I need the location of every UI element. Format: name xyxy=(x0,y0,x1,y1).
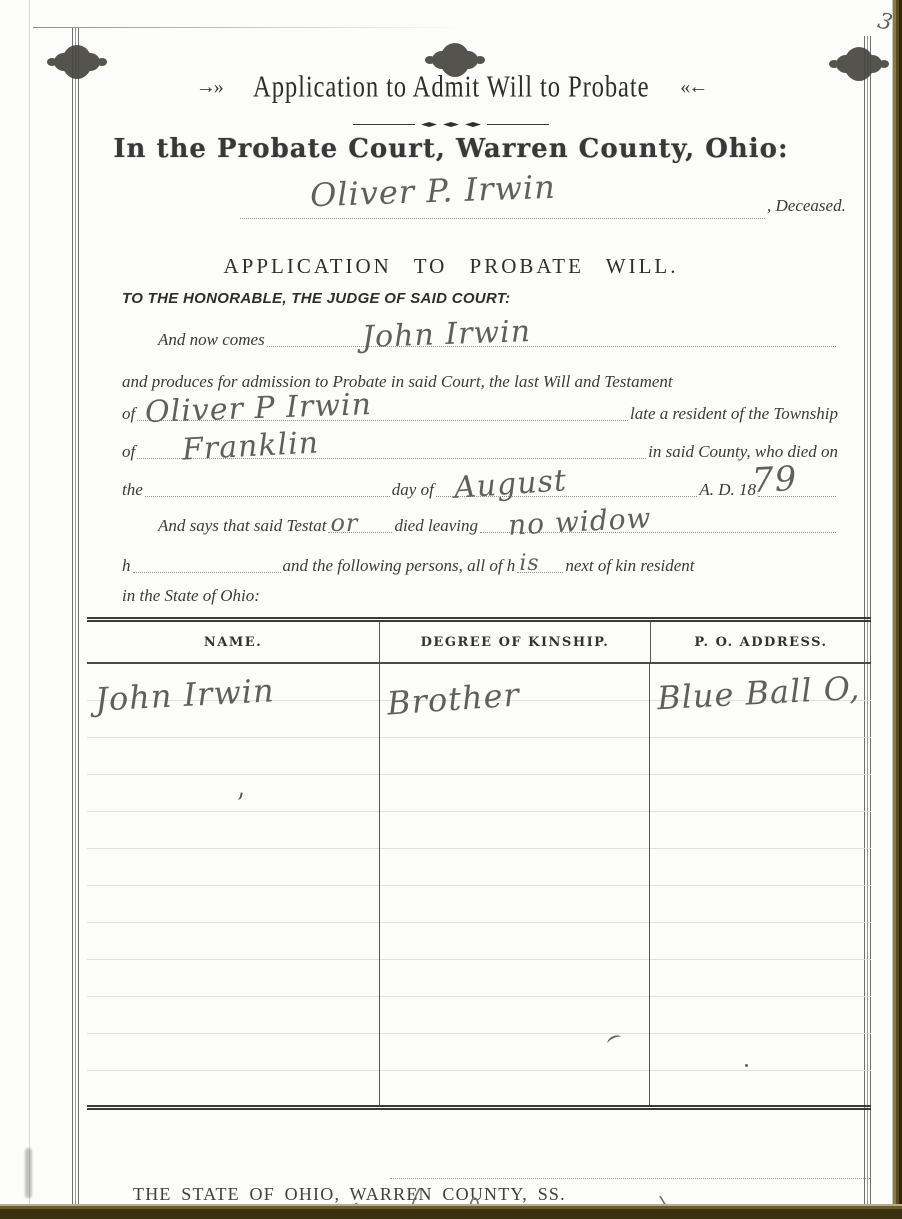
blank-line: is xyxy=(517,572,563,573)
stray-ink-mark xyxy=(606,1033,623,1047)
handwritten-or: or xyxy=(330,509,358,537)
form-line-produces: and produces for admission to Probate in… xyxy=(122,372,838,392)
handwritten-kin-address: Blue Ball O, xyxy=(656,669,861,718)
diamond-ornament-icon xyxy=(443,122,459,127)
handwritten-township: Franklin xyxy=(181,425,320,467)
paper-fold-line xyxy=(29,0,30,1204)
divider-bar xyxy=(487,124,549,125)
section-heading: APPLICATION TO PROBATE WILL. xyxy=(0,254,902,279)
blank-line: Franklin xyxy=(137,458,646,459)
form-line-death-date: the day of August A. D. 18 79 xyxy=(122,480,838,500)
blank-year-line: 79 xyxy=(758,496,836,497)
form-text: in said County, who died on xyxy=(648,442,838,462)
stray-ink-mark xyxy=(745,1064,748,1067)
diamond-ornament-icon xyxy=(465,122,481,127)
blank-line: John Irwin xyxy=(267,346,836,347)
blank-line xyxy=(133,572,281,573)
form-label: A. D. 18 xyxy=(699,480,756,500)
paper-smudge xyxy=(25,1148,32,1198)
blank-day-line xyxy=(145,496,390,497)
blank-line: August xyxy=(436,496,698,497)
scan-edge-right xyxy=(892,0,902,1219)
form-label: day of xyxy=(392,480,434,500)
handwritten-no-widow: no widow xyxy=(507,501,652,541)
title-divider xyxy=(0,122,902,127)
form-line-testament-of: of Oliver P Irwin late a resident of the… xyxy=(122,404,838,424)
form-label: of xyxy=(122,404,135,424)
form-line-testator-died: And says that said Testat or died leavin… xyxy=(122,516,838,536)
top-border-line xyxy=(33,27,463,28)
blank-line: no widow xyxy=(480,532,836,533)
form-label: died leaving xyxy=(394,516,478,536)
arrow-flourish-left-icon: →» xyxy=(196,76,222,98)
form-line-comes: And now comes John Irwin xyxy=(122,330,838,350)
form-text: in the State of Ohio: xyxy=(122,586,260,606)
handwritten-decedent-name: Oliver P. Irwin xyxy=(309,168,556,215)
form-text: and the following persons, all of h xyxy=(283,556,516,576)
column-header-address: P. O. ADDRESS. xyxy=(651,622,871,662)
form-text: and produces for admission to Probate in… xyxy=(122,372,673,392)
handwritten-kin-degree: Brother xyxy=(386,675,521,722)
form-label: And says that said Testat xyxy=(122,516,326,536)
form-line-township-of: of Franklin in said County, who died on xyxy=(122,442,838,462)
column-header-kinship: DEGREE OF KINSHIP. xyxy=(380,622,651,662)
left-margin-rule xyxy=(72,28,79,1204)
arrow-flourish-right-icon: «← xyxy=(680,76,706,98)
form-label: the xyxy=(122,480,143,500)
handwritten-testator-name: Oliver P Irwin xyxy=(145,387,373,430)
column-divider xyxy=(649,664,650,1105)
scan-edge-bottom xyxy=(0,1204,902,1219)
form-label: And now comes xyxy=(122,330,265,350)
column-divider xyxy=(379,664,380,1105)
blank-line: or xyxy=(328,532,392,533)
salutation-line: TO THE HONORABLE, THE JUDGE OF SAID COUR… xyxy=(122,290,510,307)
next-of-kin-table: NAME. DEGREE OF KINSHIP. P. O. ADDRESS. … xyxy=(87,617,871,1110)
handwritten-year: 79 xyxy=(751,458,798,500)
blank-line: Oliver P Irwin xyxy=(137,420,628,421)
form-label: of xyxy=(122,442,135,462)
handwritten-applicant-name: John Irwin xyxy=(361,314,531,355)
footer-dotted-line xyxy=(390,1178,870,1179)
stray-ink-mark xyxy=(236,792,243,801)
probate-application-document: 3 →» Application to Admit Will to Probat… xyxy=(0,0,902,1219)
form-text: late a resident of the Township xyxy=(630,404,838,424)
divider-bar xyxy=(353,124,415,125)
handwritten-his: is xyxy=(519,551,539,576)
form-line-next-of-kin: h and the following persons, all of h is… xyxy=(122,556,838,576)
deceased-label: , Deceased. xyxy=(767,196,846,216)
diamond-ornament-icon xyxy=(421,122,437,127)
table-header-row: NAME. DEGREE OF KINSHIP. P. O. ADDRESS. xyxy=(87,622,871,664)
column-header-name: NAME. xyxy=(87,622,380,662)
handwritten-kin-name: John Irwin xyxy=(94,671,275,718)
table-body: John Irwin Brother Blue Ball O, xyxy=(87,664,871,1105)
form-text: next of kin resident xyxy=(565,556,694,576)
decedent-name-line xyxy=(240,218,765,219)
document-title: Application to Admit Will to Probate xyxy=(253,71,649,106)
document-title-row: →» Application to Admit Will to Probate … xyxy=(0,72,902,104)
form-line-state: in the State of Ohio: xyxy=(122,586,838,606)
court-heading: In the Probate Court, Warren County, Ohi… xyxy=(0,134,902,164)
handwritten-month: August xyxy=(453,463,568,506)
form-label: h xyxy=(122,556,131,576)
